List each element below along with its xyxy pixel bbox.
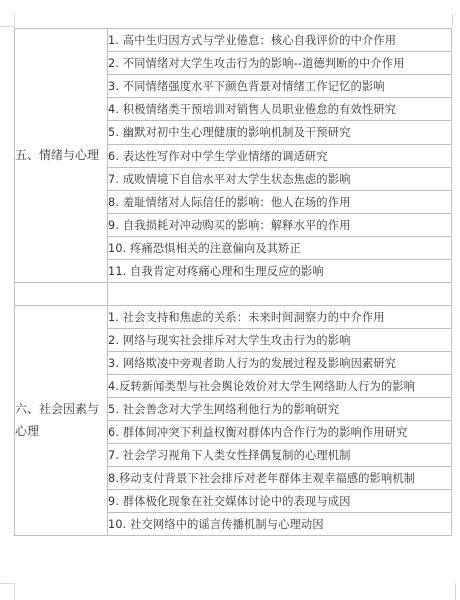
category-cell: 六、社会因素与心理 (15, 305, 108, 536)
topic-cell: 3. 不同情绪强度水平下颜色背景对情绪工作记忆的影响 (108, 75, 452, 98)
topic-cell: 6. 群体间冲突下利益权衡对群体内合作行为的影响作用研究 (108, 420, 452, 443)
page-corner-mark (455, 583, 457, 600)
page-corner-mark (14, 583, 16, 600)
topic-cell: 7. 成败情境下自信水平对大学生状态焦虑的影响 (108, 167, 452, 190)
topic-cell: 5. 社会善念对大学生网络利他行为的影响研究 (108, 397, 452, 420)
page-corner-mark (0, 26, 14, 28)
topic-cell: 7. 社会学习视角下人类女性择偶复制的心理机制 (108, 443, 452, 466)
topic-cell: 10. 疼痛恐惧相关的注意偏向及其矫正 (108, 236, 452, 259)
topic-cell: 3. 网络欺凌中旁观者助人行为的发展过程及影响因素研究 (108, 351, 452, 374)
empty-row (15, 282, 452, 305)
topic-cell: 9. 群体极化现象在社交媒体讨论中的表现与成因 (108, 490, 452, 513)
topic-cell: 4.反转新闻类型与社会舆论效价对大学生网络助人行为的影响 (108, 374, 452, 397)
topic-cell: 5. 幽默对初中生心理健康的影响机制及干预研究 (108, 121, 452, 145)
page-corner-mark (14, 14, 16, 27)
research-topics-table: 五、情绪与心理 1. 高中生归因方式与学业倦怠：核心自我评价的中介作用 2. 不… (14, 28, 452, 536)
topic-cell: 4. 积极情绪类干预培训对销售人员职业倦怠的有效性研究 (108, 98, 452, 121)
topic-cell: 2. 不同情绪对大学生攻击行为的影响--道德判断的中介作用 (108, 52, 452, 75)
category-cell: 五、情绪与心理 (15, 29, 108, 283)
empty-cell (15, 282, 108, 305)
empty-cell (108, 282, 452, 305)
topic-cell: 9. 自我损耗对冲动购买的影响：解释水平的作用 (108, 213, 452, 236)
topic-cell: 8. 羞耻情绪对人际信任的影响：他人在场的作用 (108, 190, 452, 213)
page-corner-mark (452, 14, 454, 27)
topic-cell: 1. 高中生归因方式与学业倦怠：核心自我评价的中介作用 (108, 29, 452, 52)
topic-cell: 10. 社交网络中的谣言传播机制与心理动因 (108, 513, 452, 536)
topic-cell: 1. 社会支持和焦虑的关系：未来时间洞察力的中介作用 (108, 305, 452, 328)
topic-cell: 8.移动支付背景下社会排斥对老年群体主观幸福感的影响机制 (108, 466, 452, 490)
topic-cell: 2. 网络与现实社会排斥对大学生攻击行为的影响 (108, 328, 452, 351)
table-row: 五、情绪与心理 1. 高中生归因方式与学业倦怠：核心自我评价的中介作用 (15, 29, 452, 52)
table-row: 六、社会因素与心理 1. 社会支持和焦虑的关系：未来时间洞察力的中介作用 (15, 305, 452, 328)
topic-cell: 6. 表达性写作对中学生学业情绪的调适研究 (108, 144, 452, 167)
page-corner-mark (0, 583, 14, 585)
topic-cell: 11. 自我肯定对疼痛心理和生理反应的影响 (108, 259, 452, 282)
